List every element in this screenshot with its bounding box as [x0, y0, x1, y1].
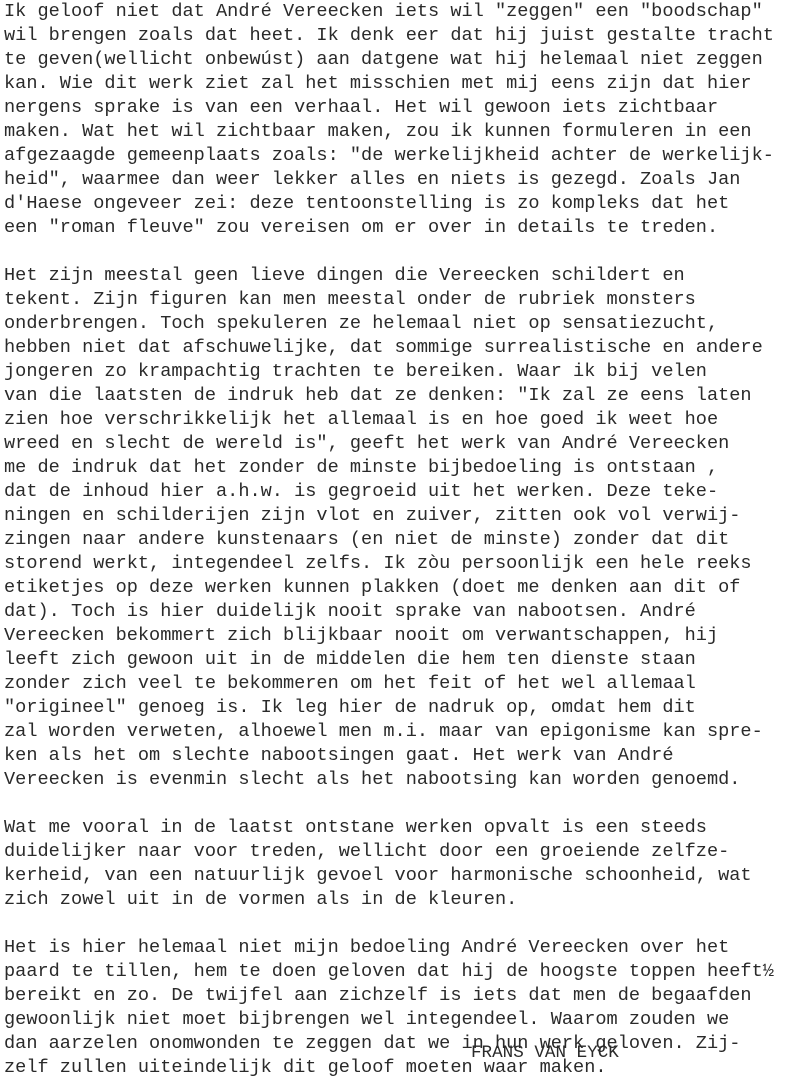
- text-line: hebben niet dat afschuwelijke, dat sommi…: [4, 336, 812, 360]
- text-line: d'Haese ongeveer zei: deze tentoonstelli…: [4, 192, 812, 216]
- text-line: leeft zich gewoon uit in de middelen die…: [4, 648, 812, 672]
- text-line: duidelijker naar voor treden, wellicht d…: [4, 840, 812, 864]
- text-line: dat de inhoud hier a.h.w. is gegroeid ui…: [4, 480, 812, 504]
- author-signature: FRANS VAN EYCK: [471, 1042, 619, 1064]
- text-line: van die laatsten de indruk heb dat ze de…: [4, 384, 812, 408]
- paragraph-2: Het zijn meestal geen lieve dingen die V…: [4, 264, 812, 792]
- text-line: "origineel" genoeg is. Ik leg hier de na…: [4, 696, 812, 720]
- text-line: zien hoe verschrikkelijk het allemaal is…: [4, 408, 812, 432]
- paragraph-gap: [4, 912, 812, 936]
- paragraph-4: Het is hier helemaal niet mijn bedoeling…: [4, 936, 812, 1080]
- text-line: Het is hier helemaal niet mijn bedoeling…: [4, 936, 812, 960]
- text-line: Ik geloof niet dat André Vereecken iets …: [4, 0, 812, 24]
- text-line: me de indruk dat het zonder de minste bi…: [4, 456, 812, 480]
- text-line: te geven(wellicht onbewúst) aan datgene …: [4, 48, 812, 72]
- text-line: een "roman fleuve" zou vereisen om er ov…: [4, 216, 812, 240]
- text-line: heid", waarmee dan weer lekker alles en …: [4, 168, 812, 192]
- text-line: wil brengen zoals dat heet. Ik denk eer …: [4, 24, 812, 48]
- text-line: Vereecken is evenmin slecht als het nabo…: [4, 768, 812, 792]
- text-line: zal worden verweten, alhoewel men m.i. m…: [4, 720, 812, 744]
- text-line: wreed en slecht de wereld is", geeft het…: [4, 432, 812, 456]
- text-line: Vereecken bekommert zich blijkbaar nooit…: [4, 624, 812, 648]
- text-line: maken. Wat het wil zichtbaar maken, zou …: [4, 120, 812, 144]
- text-line: afgezaagde gemeenplaats zoals: "de werke…: [4, 144, 812, 168]
- text-line: nergens sprake is van een verhaal. Het w…: [4, 96, 812, 120]
- text-line: jongeren zo krampachtig trachten te bere…: [4, 360, 812, 384]
- paragraph-3: Wat me vooral in de laatst ontstane werk…: [4, 816, 812, 912]
- text-line: paard te tillen, hem te doen geloven dat…: [4, 960, 812, 984]
- text-line: onderbrengen. Toch spekuleren ze helemaa…: [4, 312, 812, 336]
- document-page: Ik geloof niet dat André Vereecken iets …: [4, 0, 812, 1080]
- text-line: ningen en schilderijen zijn vlot en zuiv…: [4, 504, 812, 528]
- text-line: gewoonlijk niet moet bijbrengen wel inte…: [4, 1008, 812, 1032]
- text-line: dat). Toch is hier duidelijk nooit sprak…: [4, 600, 812, 624]
- text-line: zelf zullen uiteindelijk dit geloof moet…: [4, 1056, 812, 1080]
- text-line: zich zowel uit in de vormen als in de kl…: [4, 888, 812, 912]
- text-line: dan aarzelen onomwonden te zeggen dat we…: [4, 1032, 812, 1056]
- text-line: kerheid, van een natuurlijk gevoel voor …: [4, 864, 812, 888]
- paragraph-1: Ik geloof niet dat André Vereecken iets …: [4, 0, 812, 240]
- text-line: etiketjes op deze werken kunnen plakken …: [4, 576, 812, 600]
- text-line: Het zijn meestal geen lieve dingen die V…: [4, 264, 812, 288]
- text-line: zonder zich veel te bekommeren om het fe…: [4, 672, 812, 696]
- text-line: tekent. Zijn figuren kan men meestal ond…: [4, 288, 812, 312]
- text-line: kan. Wie dit werk ziet zal het misschien…: [4, 72, 812, 96]
- text-line: storend werkt, integendeel zelfs. Ik zòu…: [4, 552, 812, 576]
- paragraph-gap: [4, 792, 812, 816]
- text-line: zingen naar andere kunstenaars (en niet …: [4, 528, 812, 552]
- paragraph-gap: [4, 240, 812, 264]
- text-line: Wat me vooral in de laatst ontstane werk…: [4, 816, 812, 840]
- text-line: bereikt en zo. De twijfel aan zichzelf i…: [4, 984, 812, 1008]
- text-line: ken als het om slechte nabootsingen gaat…: [4, 744, 812, 768]
